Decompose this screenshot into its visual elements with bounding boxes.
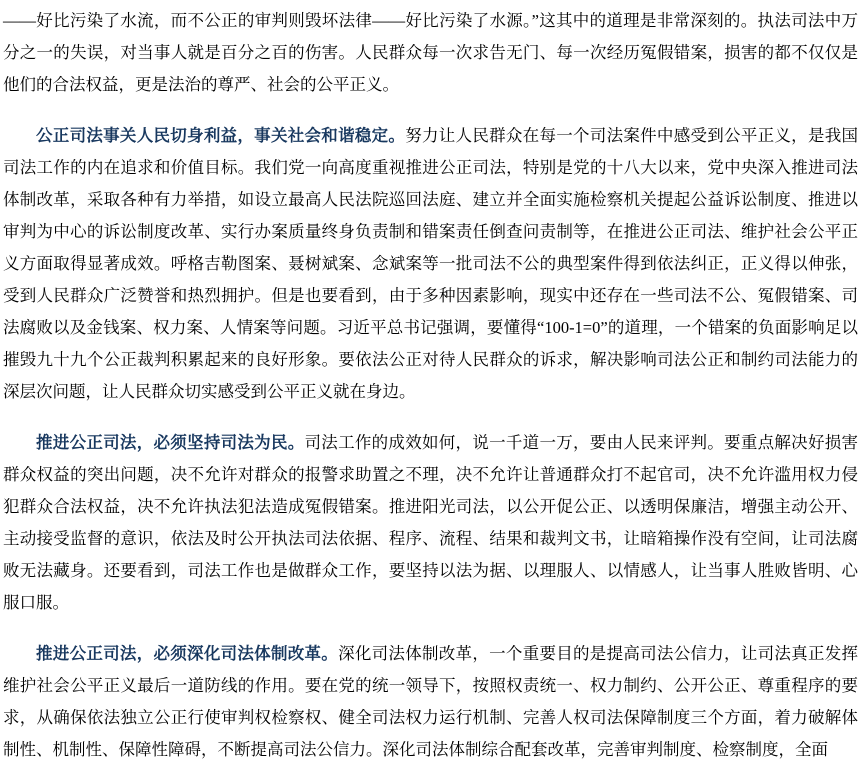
paragraph-justice-for-people: 推进公正司法，必须坚持司法为民。司法工作的成效如何，说一千道一万，要由人民来评判…	[3, 427, 858, 619]
paragraph-judicial-system-reform: 推进公正司法，必须深化司法体制改革。深化司法体制改革，一个重要目的是提高司法公信…	[3, 638, 858, 766]
paragraph-fair-justice-significance: 公正司法事关人民切身利益，事关社会和谐稳定。努力让人民群众在每一个司法案件中感受…	[3, 120, 858, 408]
document-page: ——好比污染了水流，而不公正的审判则毁坏法律——好比污染了水源。”这其中的道理是…	[0, 0, 861, 766]
paragraph-water-source: ——好比污染了水流，而不公正的审判则毁坏法律——好比污染了水源。”这其中的道理是…	[3, 5, 858, 101]
paragraph-body: 努力让人民群众在每一个司法案件中感受到公平正义，是我国司法工作的内在追求和价值目…	[3, 126, 858, 401]
paragraph-lead-sentence: 公正司法事关人民切身利益，事关社会和谐稳定。	[36, 126, 405, 145]
paragraph-lead-sentence: 推进公正司法，必须坚持司法为民。	[36, 433, 305, 452]
paragraph-body: ——好比污染了水流，而不公正的审判则毁坏法律——好比污染了水源。”这其中的道理是…	[3, 11, 858, 94]
paragraph-body: 司法工作的成效如何，说一千道一万，要由人民来评判。要重点解决好损害群众权益的突出…	[3, 433, 858, 612]
paragraph-lead-sentence: 推进公正司法，必须深化司法体制改革。	[36, 644, 338, 663]
